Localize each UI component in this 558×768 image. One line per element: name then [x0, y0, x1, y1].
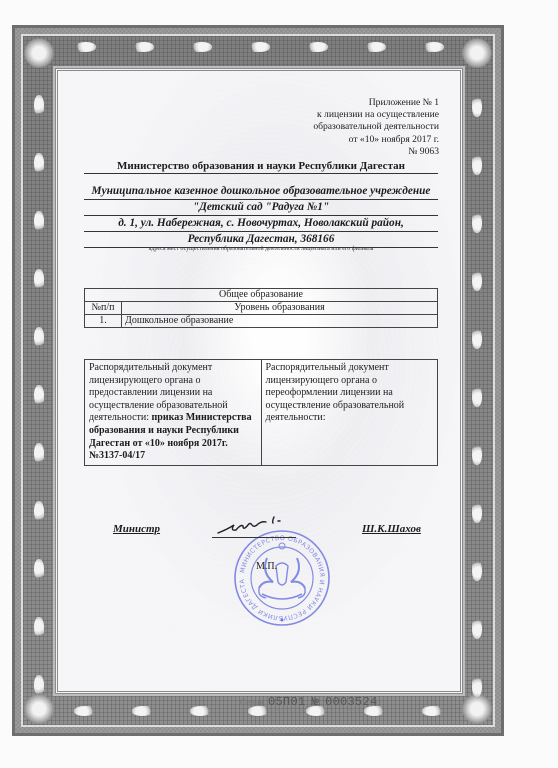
signer-name: Ш.К.Шахов [362, 523, 421, 535]
frame-ornament-icon [306, 42, 328, 52]
frame-ornament-icon [472, 617, 482, 639]
reissuance-document-cell: Распорядительный документ лицензирующего… [261, 360, 438, 466]
education-table: Общее образование №п/п Уровень образован… [84, 288, 438, 328]
corner-ornament-icon [24, 694, 54, 724]
signer-position: Министр [113, 523, 160, 535]
table-header-row: Общее образование [85, 289, 438, 302]
appendix-header: Приложение № 1 к лицензии на осуществлен… [313, 97, 439, 158]
frame-ornament-icon [34, 501, 44, 523]
corner-ornament-icon [462, 38, 492, 68]
frame-ornament-icon [34, 559, 44, 581]
frame-ornament-icon [472, 501, 482, 523]
frame-ornament-icon [472, 385, 482, 407]
form-number: 0003524 [325, 695, 378, 709]
frame-ornament-icon [34, 617, 44, 639]
frame-ornament-icon [34, 385, 44, 407]
seal-placeholder: М.П. [256, 561, 277, 572]
signature-line [212, 537, 296, 538]
frame-ornament-icon [132, 42, 154, 52]
issuance-document-cell: Распорядительный документ лицензирующего… [85, 360, 262, 466]
series-label: Серия [240, 697, 264, 707]
table-cell: Дошкольное образование [122, 315, 438, 328]
table-row: Распорядительный документ лицензирующего… [85, 360, 438, 466]
licensee-address-line: д. 1, ул. Набережная, с. Новочуртах, Нов… [84, 215, 438, 232]
table-title: Общее образование [85, 289, 438, 302]
frame-ornament-icon [34, 269, 44, 291]
frame-ornament-icon [34, 95, 44, 117]
series-code: 05П01 [268, 695, 306, 709]
frame-ornament-icon [34, 443, 44, 465]
column-header: Уровень образования [122, 302, 438, 315]
reissuance-document-text: Распорядительный документ лицензирующего… [266, 362, 405, 423]
series-number: 05П01№0003524 [268, 695, 384, 709]
corner-ornament-icon [462, 694, 492, 724]
frame-ornament-icon [34, 675, 44, 697]
frame-ornament-icon [472, 443, 482, 465]
official-stamp-icon: МИНИСТЕРСТВО ОБРАЗОВАНИЯ И НАУКИ РЕСПУБЛ… [232, 528, 332, 628]
frame-ornament-icon [472, 211, 482, 233]
signature-icon [216, 511, 296, 537]
frame-ornament-icon [74, 42, 96, 52]
frame-ornament-icon [472, 153, 482, 175]
frame-ornament-icon [472, 675, 482, 697]
table-cell: 1. [85, 315, 122, 328]
frame-ornament-icon [34, 211, 44, 233]
table-row: 1. Дошкольное образование [85, 315, 438, 328]
corner-ornament-icon [24, 38, 54, 68]
number-sign: № [312, 695, 320, 709]
frame-ornament-icon [34, 327, 44, 349]
documents-table: Распорядительный документ лицензирующего… [84, 359, 438, 466]
appendix-number: № 9063 [313, 146, 439, 158]
frame-ornament-icon [472, 327, 482, 349]
column-header: №п/п [85, 302, 122, 315]
appendix-line: образовательной деятельности [313, 121, 439, 133]
frame-ornament-icon [422, 42, 444, 52]
frame-ornament-icon [34, 153, 44, 175]
frame-ornament-icon [190, 42, 212, 52]
licensee-name-line: "Детский сад "Радуга №1" [84, 199, 438, 216]
table-column-row: №п/п Уровень образования [85, 302, 438, 315]
address-caption: адреса мест осуществления образовательно… [84, 246, 438, 252]
issuer-title: Министерство образования и науки Республ… [84, 160, 438, 174]
frame-ornament-icon [364, 42, 386, 52]
appendix-line: к лицензии на осуществление [313, 109, 439, 121]
frame-ornament-icon [472, 95, 482, 117]
frame-ornament-icon [472, 559, 482, 581]
appendix-line: Приложение № 1 [313, 97, 439, 109]
licensee-name-line: Муниципальное казенное дошкольное образо… [84, 183, 438, 200]
appendix-date: от «10» ноября 2017 г. [313, 134, 439, 146]
frame-ornament-icon [472, 269, 482, 291]
frame-ornament-icon [248, 42, 270, 52]
